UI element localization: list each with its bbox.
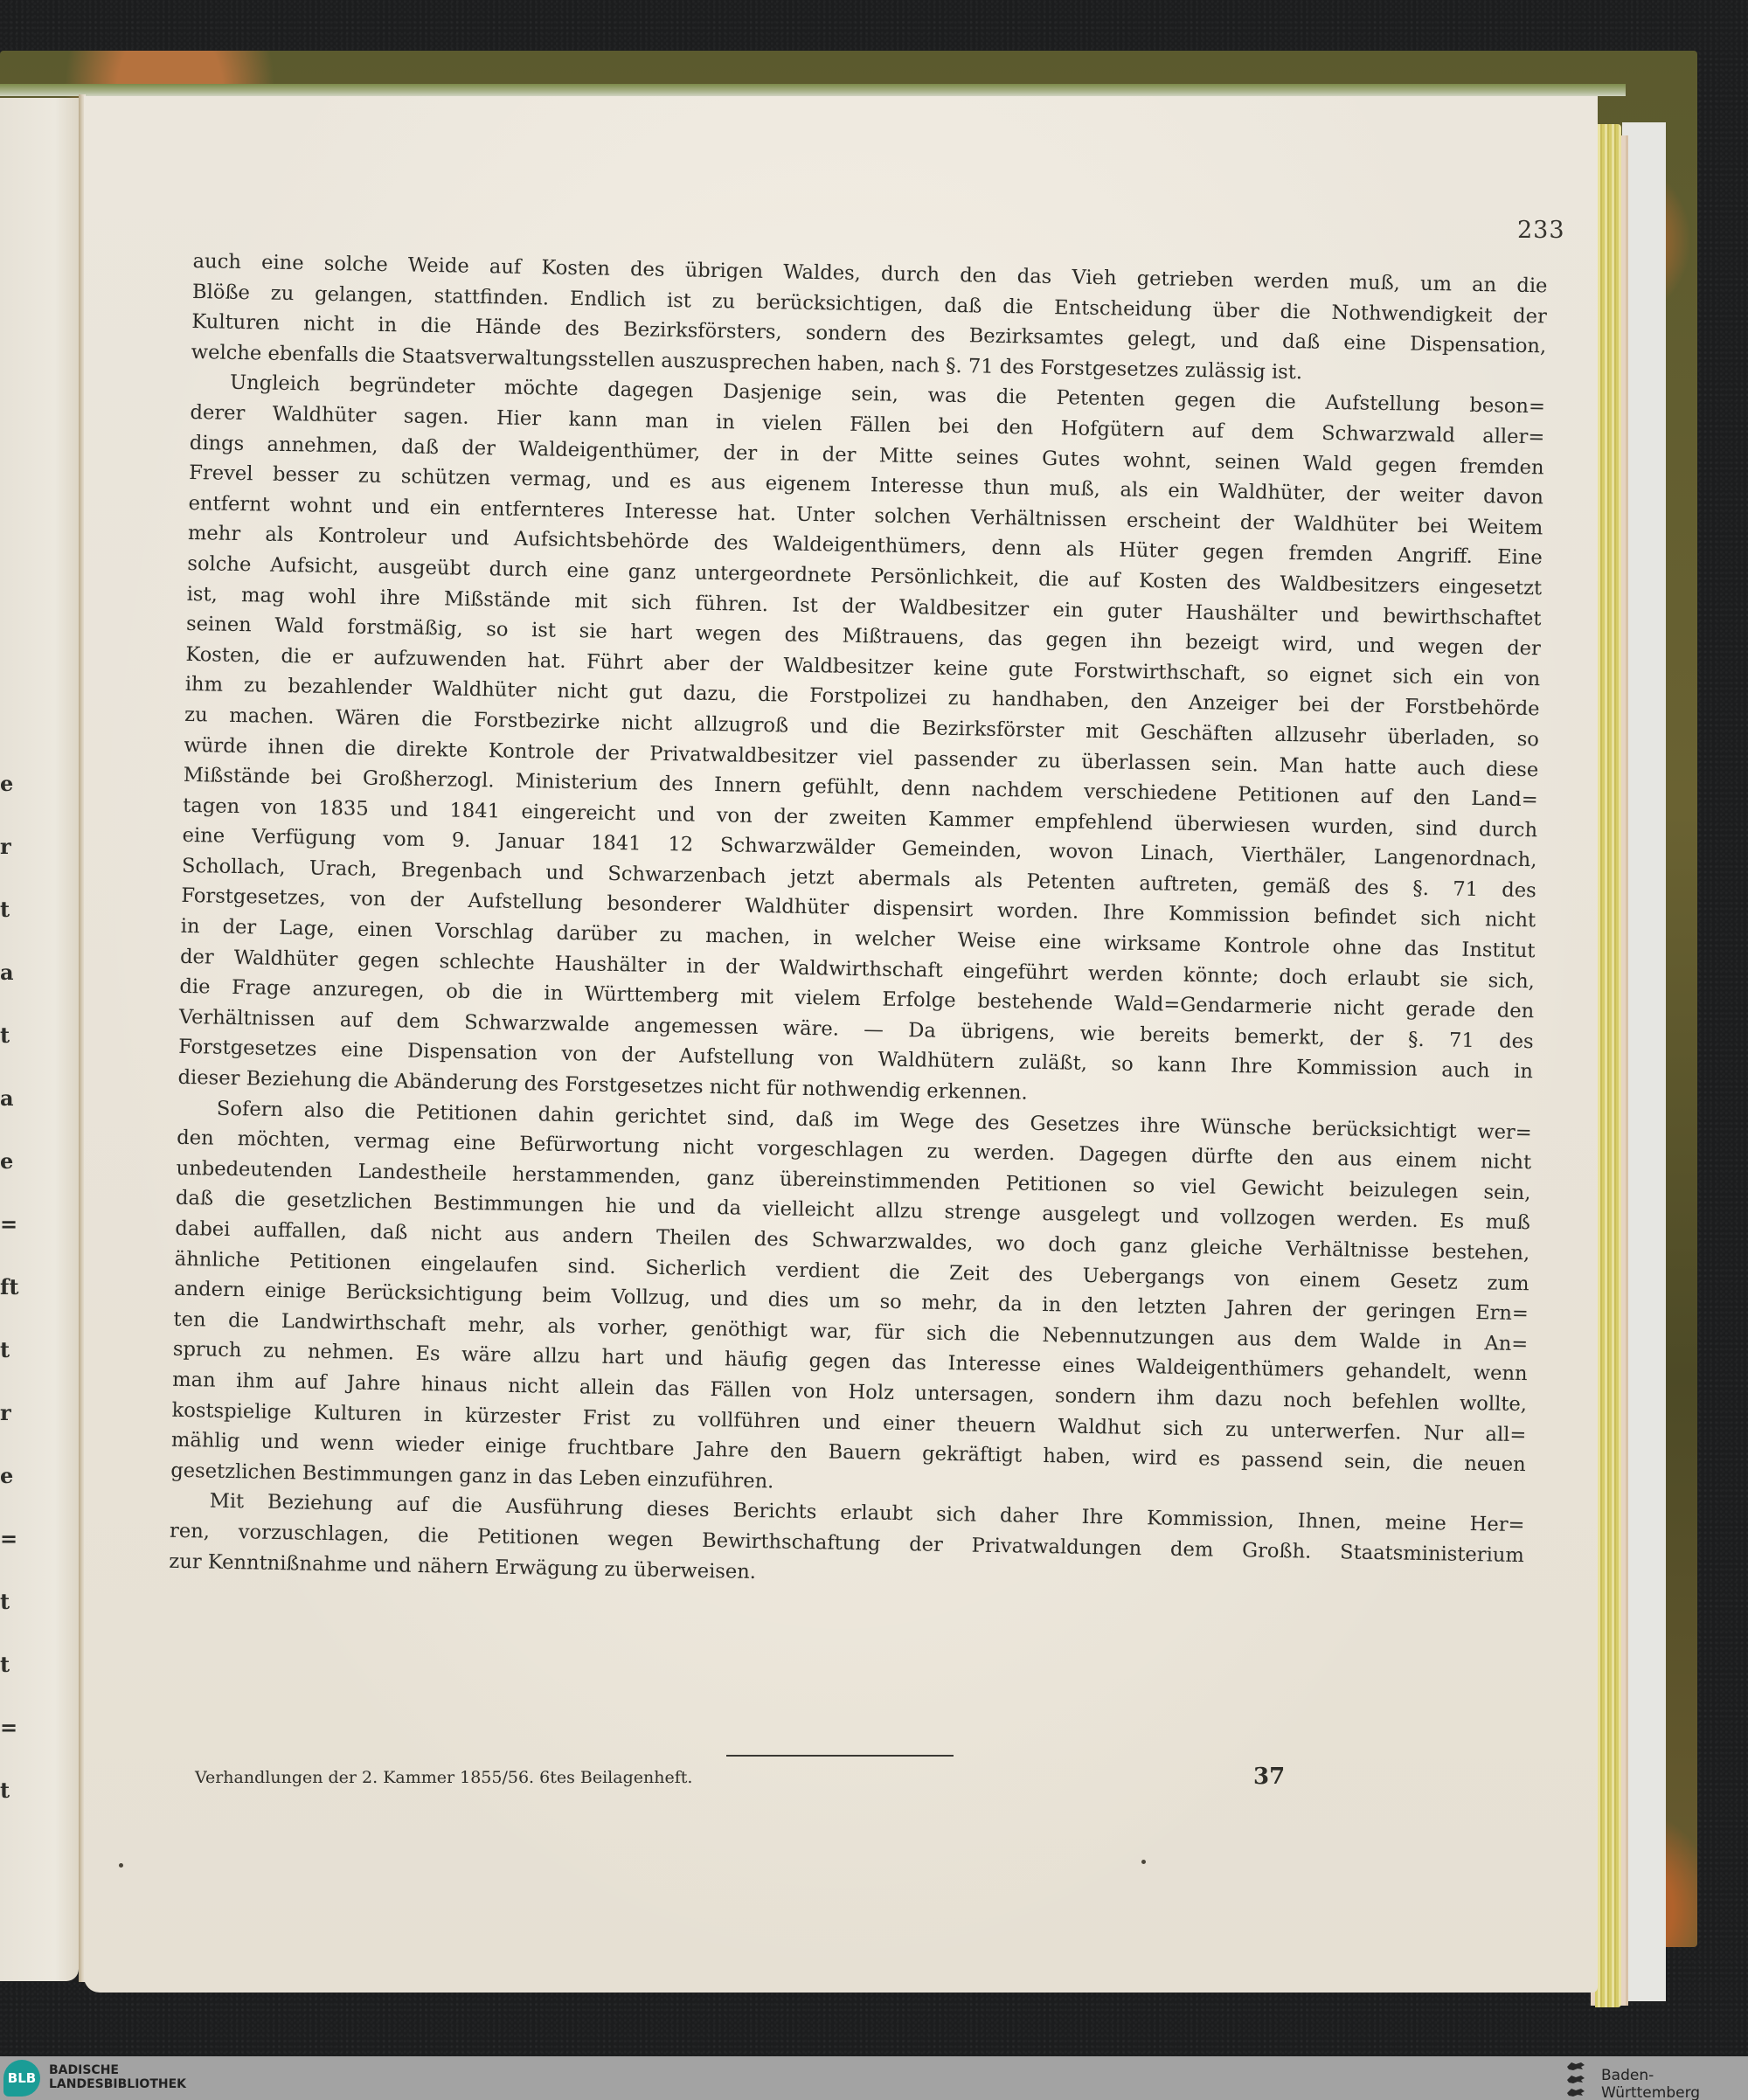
blb-logo-text: BLB [8, 2070, 36, 2086]
left-page-sliver: ertatae=fttre=tt=t [0, 98, 79, 1981]
left-page-text-fragment: ft [0, 1274, 18, 1300]
library-name-line1: BADISCHE [49, 2063, 186, 2077]
left-page-text-fragment: = [0, 1526, 17, 1551]
left-page-text-fragment: a [0, 960, 14, 985]
left-page-text-fragment: t [0, 897, 10, 922]
left-page-text-fragment: t [0, 1778, 10, 1803]
cover-edge [0, 84, 1626, 96]
left-page-text-fragment: t [0, 1652, 10, 1677]
signature-mark: 37 [1253, 1764, 1285, 1790]
baden-wuerttemberg-lions-icon [1565, 2058, 1586, 2098]
left-page-text-fragment: e [0, 1463, 13, 1488]
state-name: Baden-Württemberg [1601, 2067, 1748, 2100]
publication-footer: Verhandlungen der 2. Kammer 1855/56. 6te… [195, 1768, 692, 1787]
left-page-text-fragment: e [0, 771, 13, 796]
left-page-text-fragment: t [0, 1022, 10, 1048]
footer-rule [726, 1755, 954, 1757]
left-page-text-fragment: t [0, 1589, 10, 1614]
left-page-text-fragment: a [0, 1085, 14, 1111]
gilt-page-edges [1595, 124, 1621, 2007]
library-name: BADISCHE LANDESBIBLIOTHEK [49, 2063, 186, 2091]
library-footer-bar: BLB BADISCHE LANDESBIBLIOTHEK Baden-Würt… [0, 2056, 1748, 2100]
endpaper-edge [1622, 122, 1666, 2001]
left-page-text-fragment: = [0, 1715, 17, 1740]
left-page-text-fragment: r [0, 1400, 11, 1425]
page-number: 233 [1517, 217, 1565, 244]
left-page-text-fragment: t [0, 1337, 10, 1362]
left-page-text-fragment: = [0, 1211, 17, 1237]
document-page: 233 auch eine solche Weide auf Kosten de… [84, 96, 1598, 1993]
library-name-line2: LANDESBIBLIOTHEK [49, 2077, 186, 2091]
paper-speck [119, 1863, 123, 1868]
body-text: auch eine solche Weide auf Kosten des üb… [169, 246, 1548, 1601]
blb-logo[interactable]: BLB [3, 2060, 40, 2097]
left-page-text-fragment: r [0, 834, 11, 859]
left-page-text-fragment: e [0, 1148, 13, 1174]
paper-speck [1141, 1860, 1146, 1864]
